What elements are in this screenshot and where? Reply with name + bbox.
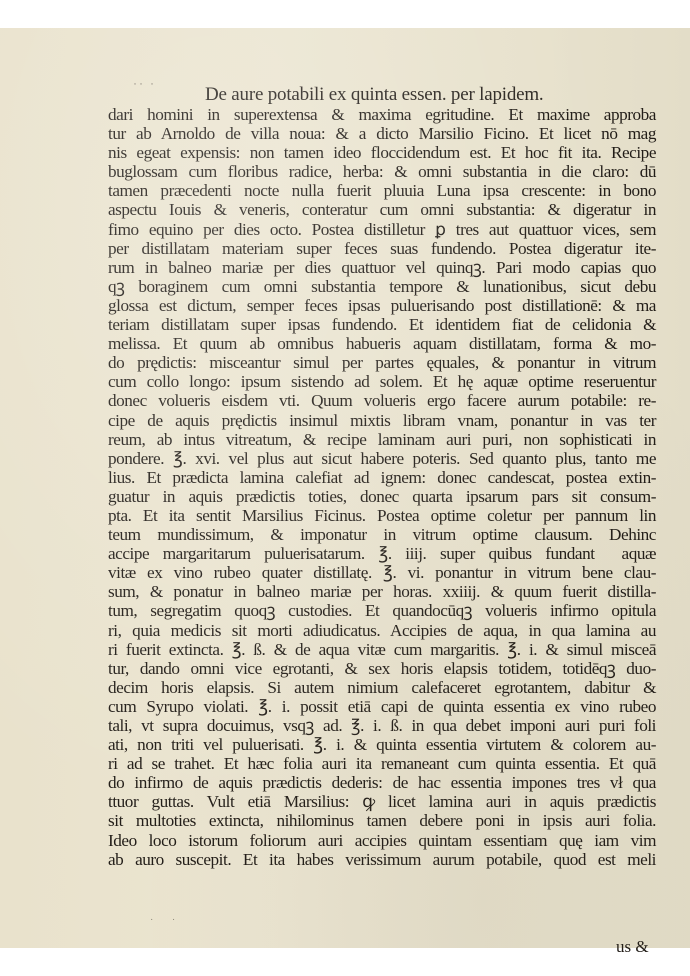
text-line: tur, dando omni vice egrotanti, & sex ho… bbox=[108, 659, 656, 678]
text-line: sum, & ponatur in balneo mariæ per horas… bbox=[108, 582, 656, 601]
text-line: ri, quia medicis sit morti adiudicatus. … bbox=[108, 621, 656, 640]
text-line: per distillatam materiam super feces sua… bbox=[108, 239, 656, 258]
text-line: lius. Et prædicta lamina calefiat ad ign… bbox=[108, 468, 656, 487]
text-line: ri ad se trahet. Et hæc folia auri ita r… bbox=[108, 754, 656, 773]
text-line: sit multoties extincta, nihilominus tame… bbox=[108, 811, 656, 830]
text-line: accipe margaritarum puluerisatarum. ℥. i… bbox=[108, 544, 656, 563]
text-line: qꝫ boraginem cum omni substantia tempore… bbox=[108, 277, 656, 296]
text-line: melissa. Et quum ab omnibus habueris aqu… bbox=[108, 334, 656, 353]
text-line: aspectu Iouis & veneris, conteratur cum … bbox=[108, 200, 656, 219]
text-line: fimo equino per dies octo. Postea distil… bbox=[108, 220, 656, 239]
text-line: cum collo longo: ipsum sistendo ad solem… bbox=[108, 372, 656, 391]
text-line: reum, ab intus vitreatum, & recipe lamin… bbox=[108, 430, 656, 449]
text-line: do prędictis: misceantur simul per parte… bbox=[108, 353, 656, 372]
text-line: teum mundissimum, & imponatur in vitrum … bbox=[108, 525, 656, 544]
text-line: nis egeat expensis: non tamen ideo flocc… bbox=[108, 143, 656, 162]
text-line: ab auro suscepit. Et ita habes verissimu… bbox=[108, 850, 656, 869]
text-line: rum in balneo mariæ per dies quattuor ve… bbox=[108, 258, 656, 277]
text-line: buglossam cum floribus radice, herba: & … bbox=[108, 162, 656, 181]
text-line: do infirmo de aquis prædictis dederis: d… bbox=[108, 773, 656, 792]
text-line: dari homini in superextensa & maxima egr… bbox=[108, 105, 656, 124]
body-text: dari homini in superextensa & maxima egr… bbox=[108, 105, 656, 869]
text-line: pondere. ℥. xvi. vel plus aut sicut habe… bbox=[108, 449, 656, 468]
text-line: glossa est dictum, semper feces ipsas pu… bbox=[108, 296, 656, 315]
text-line: tali, vt supra docuimus, vsqꝫ ad. ℥. i. … bbox=[108, 716, 656, 735]
text-line: pta. Et ita sentit Marsilius Ficinus. Po… bbox=[108, 506, 656, 525]
text-line: decim horis elapsis. Si autem nimium cal… bbox=[108, 678, 656, 697]
text-line: tur ab Arnoldo de villa noua: & a dicto … bbox=[108, 124, 656, 143]
text-line: cipe de aquis prędictis insimul mixtis l… bbox=[108, 411, 656, 430]
text-line: teriam distillatam super ipsas fundendo.… bbox=[108, 315, 656, 334]
text-line: cum Syrupo violati. ℥. i. possit etiā ca… bbox=[108, 697, 656, 716]
text-line: ttuor guttas. Vult etiā Marsilius: ꝙ lic… bbox=[108, 792, 656, 811]
text-line: ri fuerit extincta. ℥. ß. & de aqua vitæ… bbox=[108, 640, 656, 659]
manuscript-page: ˙˙ ˙ De aure potabili ex quinta essen. p… bbox=[0, 28, 690, 948]
running-head: De aure potabili ex quinta essen. per la… bbox=[205, 84, 544, 106]
text-line: guatur in aquis prædictis toties, donec … bbox=[108, 487, 656, 506]
catchword: us & bbox=[616, 937, 649, 957]
text-line: tamen præcedenti nocte nulla fuerit pluu… bbox=[108, 181, 656, 200]
text-line: vitæ ex vino rubeo quater distillatę. ℥.… bbox=[108, 563, 656, 582]
text-line: donec volueris eisdem vti. Quum volueris… bbox=[108, 391, 656, 410]
text-line: ati, non triti vel puluerisati. ℥. i. & … bbox=[108, 735, 656, 754]
text-line: tum, segregatim quoqꝫ custodies. Et quan… bbox=[108, 601, 656, 620]
ink-specks: ˙ ˙ bbox=[150, 918, 183, 929]
text-line: Ideo loco istorum foliorum auri accipies… bbox=[108, 831, 656, 850]
ink-marks: ˙˙ ˙ bbox=[133, 80, 156, 95]
